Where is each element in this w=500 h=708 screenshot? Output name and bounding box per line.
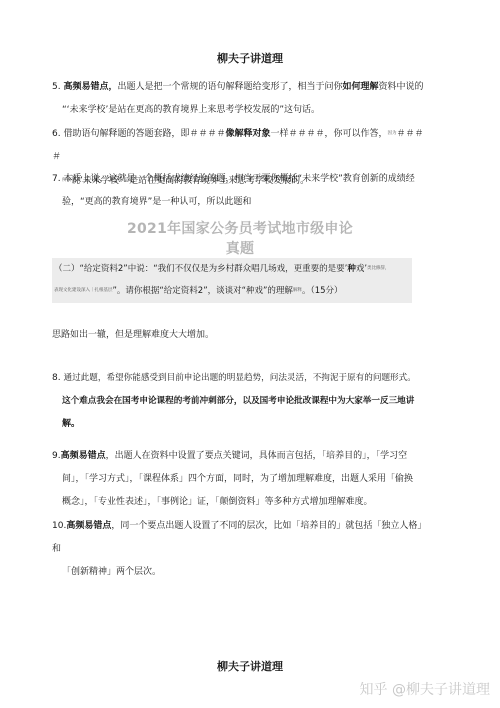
- item-number: 7.: [52, 174, 61, 184]
- item-10-line-2: 「创新精神」两个层次。: [52, 561, 432, 584]
- item-text: 出题人是把一个常规的语句解释题给变形了，相当于问你: [117, 82, 342, 92]
- question-line-1: （二）“给定资料2”中说：“我们不仅仅是为乡村群众唱几场戏，更重要的是要’种戏’…: [54, 258, 410, 280]
- annotation: 表现文化建设深入｜扎根基层: [54, 288, 113, 293]
- question-text: 。（15分）: [302, 286, 343, 296]
- page-header-title: 柳夫子讲道理: [0, 50, 500, 66]
- list-item-8: 8. 通过此题，希望你能感受到目前申论出题的明显趋势，问法灵活，不拘泥于原有的问…: [52, 367, 432, 436]
- item-10-line-1: 10.高频易错点，同一个要点出题人设置了不同的层次，比如「培养目的」就包括「独立…: [52, 515, 432, 561]
- item-6-line-1: 6. 借助语句解释题的答题套路，即＃＃＃＃像解释对象一样＃＃＃＃，你可以作答，因…: [52, 122, 432, 169]
- item-number: 6.: [52, 129, 61, 139]
- bold-emphasis: 像解释对象: [225, 129, 270, 139]
- bold-emphasis: 这个难点我会在国考申论课程的考前冲刺部分，以及国考申论批改课程中为大家举一反三地…: [62, 396, 414, 406]
- list-item-10: 10.高频易错点，同一个要点出题人设置了不同的层次，比如「培养目的」就包括「独立…: [52, 515, 432, 584]
- after-box-text: 思路如出一辙，但是理解难度大大增加。: [52, 327, 214, 340]
- item-text: 本质上说，这就是一个概括成绩经验的题，相当于要你概括“未来学校”教育创新的成绩经: [63, 174, 414, 184]
- item-5-line-1: 5. 高频易错点，出题人是把一个常规的语句解释题给变形了，相当于问你如何理解资料…: [52, 76, 432, 99]
- question-text: （二）“给定资料2”中说：“我们不仅仅是为乡村群众唱几场戏，更重要的是要’: [54, 264, 347, 274]
- exam-title-watermark: 2021年国家公务员考试地市级申论真题: [120, 218, 360, 258]
- item-number: 9.: [52, 451, 61, 461]
- item-text: ，出题人在资料中设置了要点关键词，具体而言包括，「培养目的」，「学习空: [106, 451, 408, 461]
- question-text: ”。请你根据“给定资料2”，谈谈对“种戏”的理解: [113, 286, 293, 296]
- item-number: 5.: [52, 82, 61, 92]
- item-5-line-2: “‘未来学校’是站在更高的教育境界上来思考学校发展的”这句话。: [52, 99, 432, 122]
- item-number: 8.: [52, 373, 61, 383]
- zhihu-watermark: 知乎 @柳夫子讲道理: [360, 679, 490, 699]
- annotation: 解释: [293, 288, 302, 293]
- item-8-line-2: 这个难点我会在国考申论课程的考前冲刺部分，以及国考申论批改课程中为大家举一反三地…: [52, 390, 432, 413]
- list-item-5: 5. 高频易错点，出题人是把一个常规的语句解释题给变形了，相当于问你如何理解资料…: [52, 76, 432, 122]
- bold-lead: 高频易错点: [61, 451, 106, 461]
- item-9-line-1: 9.高频易错点，出题人在资料中设置了要点关键词，具体而言包括，「培养目的」，「学…: [52, 445, 432, 468]
- bold-lead: 高频易错点: [66, 521, 111, 531]
- bold-emphasis: 种: [347, 264, 356, 274]
- list-item-9: 9.高频易错点，出题人在资料中设置了要点关键词，具体而言包括，「培养目的」，「学…: [52, 445, 432, 514]
- item-7-line-1: 7. 本质上说，这就是一个概括成绩经验的题，相当于要你概括“未来学校”教育创新的…: [52, 168, 432, 191]
- page-footer-title: 柳夫子讲道理: [0, 658, 500, 674]
- list-item-7: 7. 本质上说，这就是一个概括成绩经验的题，相当于要你概括“未来学校”教育创新的…: [52, 168, 432, 214]
- annotation: 类比修辞，: [367, 266, 390, 271]
- item-number: 10.: [52, 521, 66, 531]
- item-8-line-3: 解。: [52, 413, 432, 436]
- question-box: （二）“给定资料2”中说：“我们不仅仅是为乡村群众唱几场戏，更重要的是要’种戏’…: [52, 258, 412, 303]
- item-text: 一样＃＃＃＃，你可以作答，: [271, 129, 388, 139]
- annotation: 因为: [388, 131, 397, 136]
- item-8-line-1: 8. 通过此题，希望你能感受到目前申论出题的明显趋势，问法灵活，不拘泥于原有的问…: [52, 367, 432, 390]
- question-line-2: 表现文化建设深入｜扎根基层”。请你根据“给定资料2”，谈谈对“种戏”的理解解释。…: [54, 280, 410, 302]
- bold-emphasis: 如何理解: [343, 82, 379, 92]
- item-text: 借助语句解释题的答题套路，即＃＃＃＃: [63, 129, 225, 139]
- item-9-line-2: 间」，「学习方式」，「课程体系」四个方面，同时，为了增加理解难度，出题人采用「偷…: [52, 468, 432, 491]
- question-text: 戏’: [356, 264, 367, 274]
- item-9-line-3: 概念」，「专业性表述」，「事例论」证，「颠倒资料」等多种方式增加理解难度。: [52, 491, 432, 514]
- item-7-line-2: 验，“更高的教育境界”是一种认可，所以此题和: [52, 191, 432, 214]
- item-text: 通过此题，希望你能感受到目前申论出题的明显趋势，问法灵活，不拘泥于原有的问题形式…: [63, 373, 415, 383]
- item-text: 资料中说的: [379, 82, 424, 92]
- bold-lead: 高频易错点，: [63, 82, 117, 92]
- bold-emphasis: 解。: [62, 419, 80, 429]
